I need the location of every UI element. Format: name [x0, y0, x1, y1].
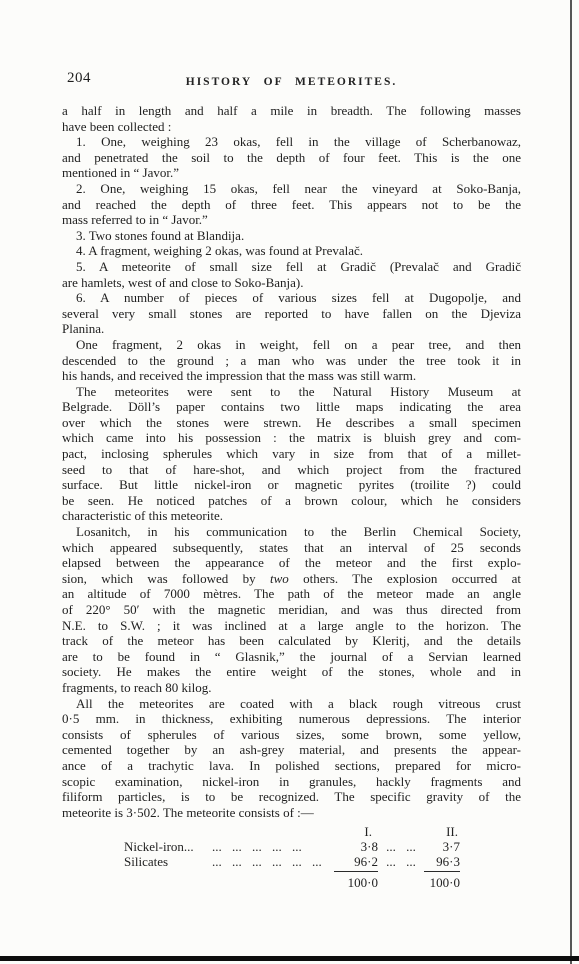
text-line: 2. One, weighing 15 okas, fell near the …	[62, 181, 521, 197]
text-line: 0·5 mm. in thickness, exhibiting numerou…	[62, 711, 521, 727]
text-line: surface. But little nickel-iron or magne…	[62, 477, 521, 493]
text-line: cemented together by an ash-grey materia…	[62, 742, 521, 758]
totals-spacer	[378, 871, 424, 890]
text-line: over which the stones were strewn. He de…	[62, 415, 521, 431]
text-line: fragments, to reach 80 kilog.	[62, 680, 521, 696]
table-row: Nickel-iron... ... ... ... ... ... 3·8 .…	[124, 839, 460, 854]
value-column-II: 96·3	[424, 854, 460, 869]
text-line: characteristic of this meteorite.	[62, 508, 521, 524]
text-line: an altitude of 7000 mètres. The path of …	[62, 586, 521, 602]
text-line: All the meteorites are coated with a bla…	[62, 696, 521, 712]
text-line: be seen. He noticed patches of a brown c…	[62, 493, 521, 509]
header-spacer	[124, 824, 212, 839]
paragraph: Losanitch, in his communication to the B…	[62, 524, 521, 696]
page-edge-line	[570, 0, 572, 964]
header-spacer	[378, 824, 424, 839]
book-page: 204 HISTORY OF METEORITES. a half in len…	[0, 0, 579, 964]
text-line: and penetrated the soil to the depth of …	[62, 150, 521, 166]
column-header-II: II.	[424, 824, 460, 839]
column-header-I: I.	[334, 824, 378, 839]
text-line: 6. A number of pieces of various sizes f…	[62, 290, 521, 306]
row-label: Nickel-iron...	[124, 839, 212, 854]
paragraph: The meteorites were sent to the Natural …	[62, 384, 521, 524]
text-line: have been collected :	[62, 119, 521, 135]
totals-spacer	[212, 871, 334, 890]
dot-leaders: ... ... ... ... ...	[212, 839, 334, 854]
text-line: descended to the ground ; a man who was …	[62, 353, 521, 369]
value-column-I: 96·2	[334, 854, 378, 869]
running-head: HISTORY OF METEORITES.	[62, 76, 521, 88]
text-line: society. He makes the entire weight of t…	[62, 664, 521, 680]
text-line: are to be found in “ Glasnik,” the journ…	[62, 649, 521, 665]
text-line: a half in length and half a mile in brea…	[62, 103, 521, 119]
text-line: Belgrade. Döll’s paper contains two litt…	[62, 399, 521, 415]
text-line: Losanitch, in his communication to the B…	[62, 524, 521, 540]
dot-leaders: ... ...	[378, 854, 424, 869]
paragraph: a half in length and half a mile in brea…	[62, 103, 521, 134]
value-column-II: 3·7	[424, 839, 460, 854]
text-line: 5. A meteorite of small size fell at Gra…	[62, 259, 521, 275]
value-column-I: 3·8	[334, 839, 378, 854]
text-block: a half in length and half a mile in brea…	[62, 103, 521, 820]
text-line: which came into his possession : the mat…	[62, 430, 521, 446]
totals-spacer	[124, 871, 212, 890]
text-line: are hamlets, west of and close to Soko-B…	[62, 275, 521, 291]
header-spacer	[212, 824, 334, 839]
paragraph: 4. A fragment, weighing 2 okas, was foun…	[62, 243, 521, 259]
paragraph: 5. A meteorite of small size fell at Gra…	[62, 259, 521, 290]
text-line: his hands, and received the impression t…	[62, 368, 521, 384]
text-line: which appeared subsequently, states that…	[62, 540, 521, 556]
paragraph: One fragment, 2 okas in weight, fell on …	[62, 337, 521, 384]
text-line: 4. A fragment, weighing 2 okas, was foun…	[62, 243, 521, 259]
text-line: 1. One, weighing 23 okas, fell in the vi…	[62, 134, 521, 150]
text-line: seed to that of hare-shot, and which pro…	[62, 462, 521, 478]
table-totals-row: 100·0 100·0	[124, 871, 460, 890]
text-line: elapsed between the appearance of the me…	[62, 555, 521, 571]
text-line: sion, which was followed by two others. …	[62, 571, 521, 587]
text-line: The meteorites were sent to the Natural …	[62, 384, 521, 400]
paragraph: 2. One, weighing 15 okas, fell near the …	[62, 181, 521, 228]
text-line: meteorite is 3·502. The meteorite consis…	[62, 805, 521, 821]
dot-leaders: ... ... ... ... ... ...	[212, 854, 334, 869]
text-line: several very small stones are reported t…	[62, 306, 521, 322]
text-line: mentioned in “ Javor.”	[62, 165, 521, 181]
text-line: ance of a trachytic lava. In polished se…	[62, 758, 521, 774]
composition-table: I. II. Nickel-iron... ... ... ... ... ..…	[124, 824, 460, 890]
text-line: of 220° 50′ with the magnetic meridian, …	[62, 602, 521, 618]
text-line: filiform particles, is to be recognized.…	[62, 789, 521, 805]
paragraph: 1. One, weighing 23 okas, fell in the vi…	[62, 134, 521, 181]
text-line: track of the meteor has been calculated …	[62, 633, 521, 649]
text-line: scopic examination, nickel-iron in granu…	[62, 774, 521, 790]
text-line: N.E. to S.W. ; it was inclined at a larg…	[62, 618, 521, 634]
table-header-row: I. II.	[124, 824, 460, 839]
paragraph: All the meteorites are coated with a bla…	[62, 696, 521, 821]
paragraph: 3. Two stones found at Blandija.	[62, 228, 521, 244]
text-line: mass referred to in “ Javor.”	[62, 212, 521, 228]
dot-leaders: ... ...	[378, 839, 424, 854]
text-line: pact, inclosing spherules which vary in …	[62, 446, 521, 462]
total-column-II: 100·0	[424, 871, 460, 890]
table-row: Silicates ... ... ... ... ... ... 96·2 .…	[124, 854, 460, 869]
row-label: Silicates	[124, 854, 212, 869]
text-line: and reached the depth of three feet. Thi…	[62, 197, 521, 213]
total-column-I: 100·0	[334, 871, 378, 890]
text-line: Planina.	[62, 321, 521, 337]
text-line: One fragment, 2 okas in weight, fell on …	[62, 337, 521, 353]
scan-edge-bar	[0, 956, 579, 961]
paragraph: 6. A number of pieces of various sizes f…	[62, 290, 521, 337]
text-line: 3. Two stones found at Blandija.	[62, 228, 521, 244]
text-line: consists of spherules of various sizes, …	[62, 727, 521, 743]
